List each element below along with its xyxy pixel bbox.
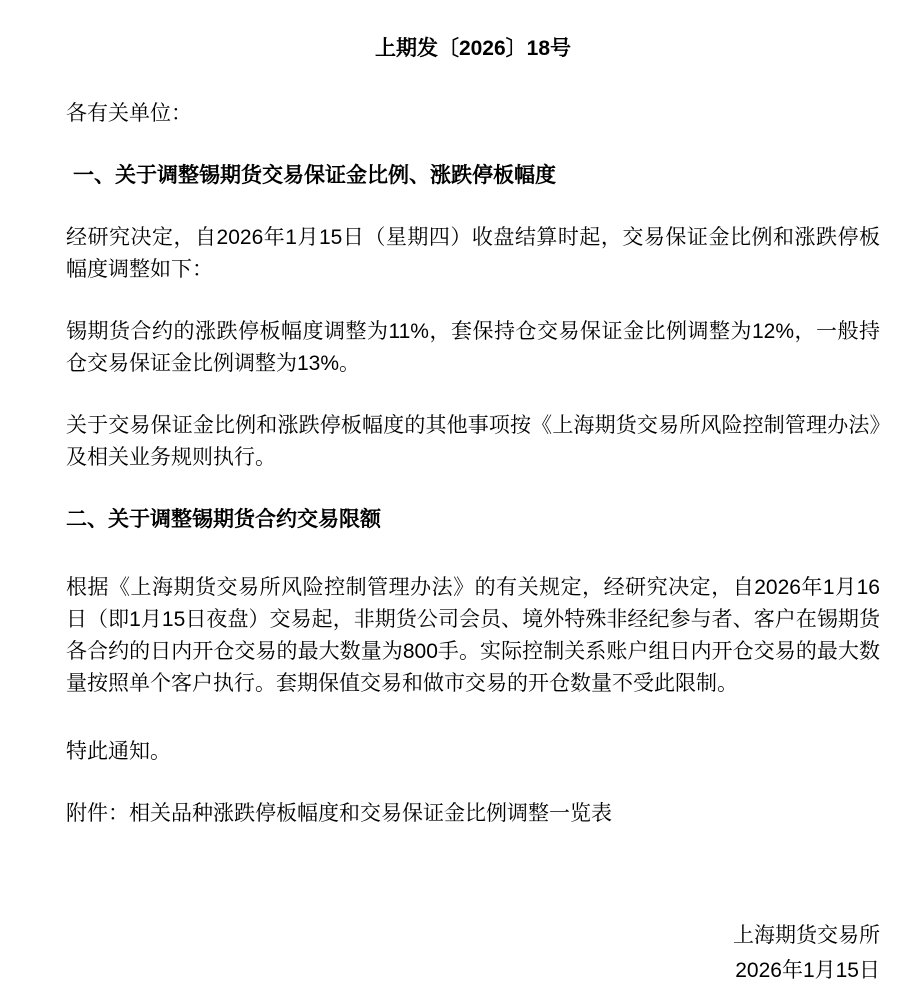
section-1-paragraph-1: 经研究决定，自2026年1月15日（星期四）收盘结算时起，交易保证金比例和涨跌停… <box>66 222 880 286</box>
section-2-paragraph-1: 根据《上海期货交易所风险控制管理办法》的有关规定，经研究决定，自2026年1月1… <box>66 572 880 700</box>
signature-date: 2026年1月15日 <box>66 955 880 987</box>
section-2-heading: 二、关于调整锡期货合约交易限额 <box>66 504 880 536</box>
section-1-heading: 一、关于调整锡期货交易保证金比例、涨跌停板幅度 <box>66 160 880 192</box>
doc-number: 上期发〔2026〕18号 <box>66 33 880 65</box>
section-1-paragraph-3: 关于交易保证金比例和涨跌停板幅度的其他事项按《上海期货交易所风险控制管理办法》及… <box>66 410 880 474</box>
closing-line: 特此通知。 <box>66 736 880 768</box>
signature-issuer: 上海期货交易所 <box>66 920 880 952</box>
attachment-line: 附件：相关品种涨跌停板幅度和交易保证金比例调整一览表 <box>66 798 880 830</box>
notice-document: 上期发〔2026〕18号 各有关单位： 一、关于调整锡期货交易保证金比例、涨跌停… <box>0 0 915 999</box>
section-1-paragraph-2: 锡期货合约的涨跌停板幅度调整为11%，套保持仓交易保证金比例调整为12%，一般持… <box>66 316 880 380</box>
salutation: 各有关单位： <box>66 98 880 130</box>
